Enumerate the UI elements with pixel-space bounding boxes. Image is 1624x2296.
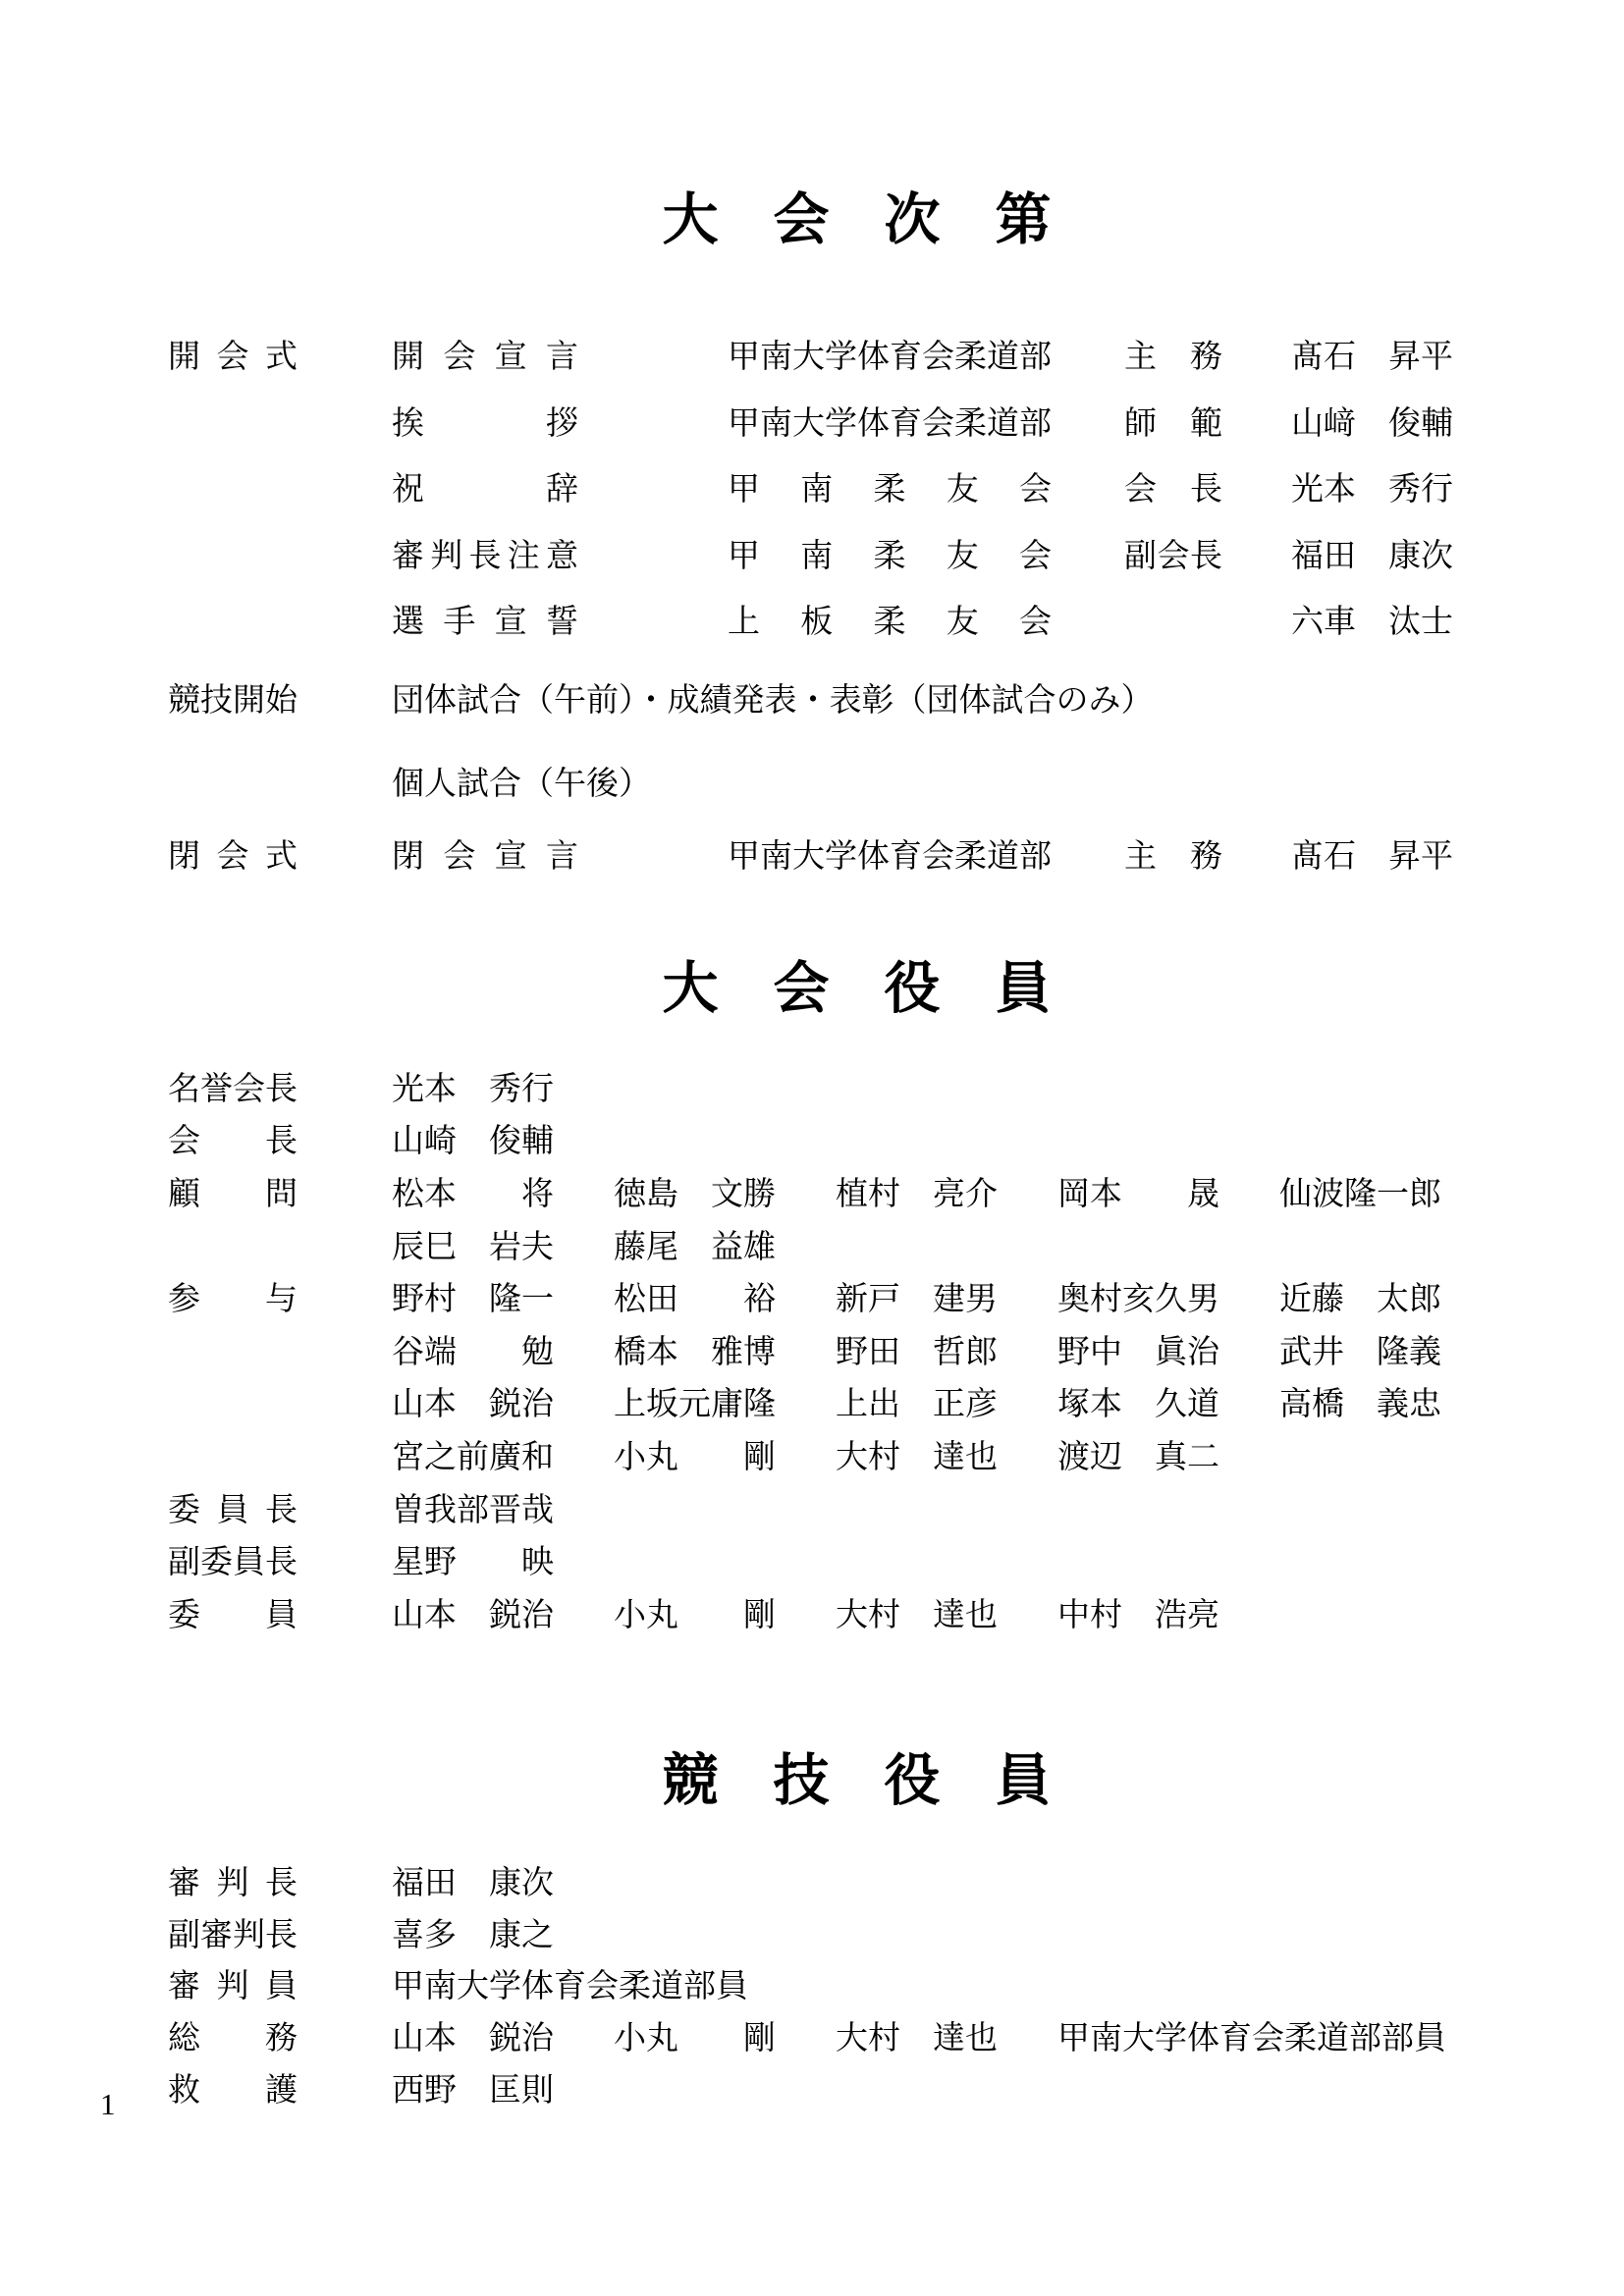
person-name: 髙石 昇平 bbox=[1291, 339, 1453, 378]
officials-row: 名誉会長 光本 秀行 bbox=[168, 1071, 1545, 1110]
person-name: 山崎 俊輔 bbox=[392, 1123, 614, 1162]
person-name: 中村 浩亮 bbox=[1057, 1597, 1279, 1636]
person-name: 曽我部晋哉 bbox=[392, 1492, 614, 1531]
competition-row: 総務 山本 鋭治 小丸 剛 大村 達也 甲南大学体育会柔道部部員 bbox=[168, 2020, 1545, 2059]
person-name: 近藤 太郎 bbox=[1279, 1281, 1501, 1320]
person-name: 光本 秀行 bbox=[1291, 471, 1453, 510]
position-label: 委員 bbox=[168, 1597, 298, 1636]
organization-name: 甲南大学体育会柔道部 bbox=[728, 838, 1052, 878]
position-label: 副委員長 bbox=[168, 1544, 298, 1583]
position-label: 審判長 bbox=[168, 1865, 298, 1904]
person-name: 西野 匡則 bbox=[392, 2072, 614, 2111]
person-name: 喜多 康之 bbox=[392, 1917, 614, 1956]
officials-row: 顧問 松本 将 徳島 文勝 植村 亮介 岡本 晟 仙波隆一郎 bbox=[168, 1176, 1545, 1215]
position-label: 副審判長 bbox=[168, 1917, 298, 1956]
program-description: 団体試合（午前）・成績発表・表彰（団体試合のみ） bbox=[392, 682, 1154, 721]
person-name: 星野 映 bbox=[392, 1544, 614, 1583]
officials-row: 山本 鋭治 上坂元庸隆 上出 正彦 塚本 久道 高橋 義忠 bbox=[168, 1386, 1545, 1425]
role-label: 師範 bbox=[1124, 405, 1222, 445]
person-name: 山本 鋭治 bbox=[392, 1386, 614, 1425]
program-item: 開会宣言 bbox=[392, 339, 578, 378]
position-label: 総務 bbox=[168, 2020, 298, 2059]
document-page: 大会次第 開会式 開会宣言 甲南大学体育会柔道部 主務 髙石 昇平 挨拶 甲南大… bbox=[0, 0, 1624, 2296]
person-name: 宮之前廣和 bbox=[392, 1439, 614, 1478]
person-name: 野田 哲郎 bbox=[836, 1334, 1057, 1373]
person-name: 松田 裕 bbox=[614, 1281, 836, 1320]
person-name: 大村 達也 bbox=[836, 2020, 1057, 2059]
officials-row: 宮之前廣和 小丸 剛 大村 達也 渡辺 真二 bbox=[168, 1439, 1545, 1478]
program-item: 審判長注意 bbox=[392, 538, 578, 577]
person-name: 山本 鋭治 bbox=[392, 1597, 614, 1636]
person-name: 藤尾 益雄 bbox=[614, 1229, 836, 1268]
competition-officials-section: 審判長 福田 康次 副審判長 喜多 康之 審判員 甲南大学体育会柔道部員 総務 … bbox=[168, 1865, 1545, 2110]
document-title: 大会次第 bbox=[168, 192, 1545, 248]
person-name: 小丸 剛 bbox=[614, 1597, 836, 1636]
role-label: 副会長 bbox=[1124, 538, 1222, 577]
role-label: 主務 bbox=[1124, 838, 1222, 878]
officials-row: 会長 山崎 俊輔 bbox=[168, 1123, 1545, 1162]
competition-row: 救護 西野 匡則 bbox=[168, 2072, 1545, 2111]
page-number: 1 bbox=[100, 2089, 116, 2119]
person-name: 小丸 剛 bbox=[614, 1439, 836, 1478]
role-label: 主務 bbox=[1124, 339, 1222, 378]
officials-section: 名誉会長 光本 秀行 会長 山崎 俊輔 顧問 松本 将 徳島 文勝 植村 亮介 … bbox=[168, 1071, 1545, 1636]
person-name: 福田 康次 bbox=[1291, 538, 1453, 577]
competition-start-row: 個人試合（午後） bbox=[168, 766, 1545, 805]
person-name: 松本 将 bbox=[392, 1176, 614, 1215]
person-name: 奥村亥久男 bbox=[1057, 1281, 1279, 1320]
person-name: 塚本 久道 bbox=[1057, 1386, 1279, 1425]
person-name: 福田 康次 bbox=[392, 1865, 614, 1904]
organization-name: 上板柔友会 bbox=[728, 604, 1052, 643]
competition-row: 審判長 福田 康次 bbox=[168, 1865, 1545, 1904]
program-row: 祝辞 甲南柔友会 会長 光本 秀行 bbox=[168, 471, 1545, 510]
person-name: 野村 隆一 bbox=[392, 1281, 614, 1320]
opening-ceremony-section: 開会式 開会宣言 甲南大学体育会柔道部 主務 髙石 昇平 挨拶 甲南大学体育会柔… bbox=[168, 339, 1545, 643]
person-name: 野中 眞治 bbox=[1057, 1334, 1279, 1373]
competition-row: 副審判長 喜多 康之 bbox=[168, 1917, 1545, 1956]
program-row: 挨拶 甲南大学体育会柔道部 師範 山﨑 俊輔 bbox=[168, 405, 1545, 445]
officials-row: 委員長 曽我部晋哉 bbox=[168, 1492, 1545, 1531]
person-name: 徳島 文勝 bbox=[614, 1176, 836, 1215]
program-item: 閉会宣言 bbox=[392, 838, 578, 878]
program-row: 審判長注意 甲南柔友会 副会長 福田 康次 bbox=[168, 538, 1545, 577]
officials-row: 辰巳 岩夫 藤尾 益雄 bbox=[168, 1229, 1545, 1268]
organization-name: 甲南大学体育会柔道部 bbox=[728, 339, 1052, 378]
program-row: 開会式 開会宣言 甲南大学体育会柔道部 主務 髙石 昇平 bbox=[168, 339, 1545, 378]
section-title-officials: 大会役員 bbox=[168, 961, 1545, 1017]
person-name: 髙石 昇平 bbox=[1291, 838, 1453, 878]
officials-row: 谷端 勉 橋本 雅博 野田 哲郎 野中 眞治 武井 隆義 bbox=[168, 1334, 1545, 1373]
program-item: 祝辞 bbox=[392, 471, 578, 510]
position-label: 審判員 bbox=[168, 1968, 298, 2007]
position-label: 名誉会長 bbox=[168, 1071, 298, 1110]
program-description: 個人試合（午後） bbox=[392, 766, 651, 805]
person-name: 六車 汰士 bbox=[1291, 604, 1453, 643]
position-label: 委員長 bbox=[168, 1492, 298, 1531]
organization-name: 甲南大学体育会柔道部 bbox=[728, 405, 1052, 445]
person-name: 谷端 勉 bbox=[392, 1334, 614, 1373]
program-row: 選手宣誓 上板柔友会 六車 汰士 bbox=[168, 604, 1545, 643]
person-name: 橋本 雅博 bbox=[614, 1334, 836, 1373]
position-label: 顧問 bbox=[168, 1176, 298, 1215]
ceremony-stage-label: 開会式 bbox=[168, 339, 298, 378]
role-label: 会長 bbox=[1124, 471, 1222, 510]
officials-row: 副委員長 星野 映 bbox=[168, 1544, 1545, 1583]
position-label: 参与 bbox=[168, 1281, 298, 1320]
person-name: 武井 隆義 bbox=[1279, 1334, 1501, 1373]
ceremony-stage-label: 競技開始 bbox=[168, 682, 298, 721]
person-name: 岡本 晟 bbox=[1057, 1176, 1279, 1215]
person-name: 上坂元庸隆 bbox=[614, 1386, 836, 1425]
person-name: 光本 秀行 bbox=[392, 1071, 614, 1110]
group-name: 甲南大学体育会柔道部部員 bbox=[1057, 2020, 1446, 2059]
person-name: 辰巳 岩夫 bbox=[392, 1229, 614, 1268]
officials-row: 委員 山本 鋭治 小丸 剛 大村 達也 中村 浩亮 bbox=[168, 1597, 1545, 1636]
position-label: 会長 bbox=[168, 1123, 298, 1162]
person-name: 仙波隆一郎 bbox=[1279, 1176, 1501, 1215]
position-label: 救護 bbox=[168, 2072, 298, 2111]
person-name: 植村 亮介 bbox=[836, 1176, 1057, 1215]
person-name: 上出 正彦 bbox=[836, 1386, 1057, 1425]
person-name: 山﨑 俊輔 bbox=[1291, 405, 1453, 445]
person-name: 大村 達也 bbox=[836, 1439, 1057, 1478]
person-name: 山本 鋭治 bbox=[392, 2020, 614, 2059]
program-item: 選手宣誓 bbox=[392, 604, 578, 643]
group-name: 甲南大学体育会柔道部員 bbox=[392, 1968, 748, 2007]
ceremony-stage-label: 閉会式 bbox=[168, 838, 298, 878]
person-name: 渡辺 真二 bbox=[1057, 1439, 1279, 1478]
organization-name: 甲南柔友会 bbox=[728, 471, 1052, 510]
organization-name: 甲南柔友会 bbox=[728, 538, 1052, 577]
person-name: 高橋 義忠 bbox=[1279, 1386, 1501, 1425]
person-name: 小丸 剛 bbox=[614, 2020, 836, 2059]
program-item: 挨拶 bbox=[392, 405, 578, 445]
section-title-competition: 競技役員 bbox=[168, 1753, 1545, 1809]
officials-row: 参与 野村 隆一 松田 裕 新戸 建男 奥村亥久男 近藤 太郎 bbox=[168, 1281, 1545, 1320]
competition-start-row: 競技開始 団体試合（午前）・成績発表・表彰（団体試合のみ） bbox=[168, 682, 1545, 721]
competition-row: 審判員 甲南大学体育会柔道部員 bbox=[168, 1968, 1545, 2007]
person-name: 新戸 建男 bbox=[836, 1281, 1057, 1320]
closing-ceremony-row: 閉会式 閉会宣言 甲南大学体育会柔道部 主務 髙石 昇平 bbox=[168, 838, 1545, 878]
person-name: 大村 達也 bbox=[836, 1597, 1057, 1636]
